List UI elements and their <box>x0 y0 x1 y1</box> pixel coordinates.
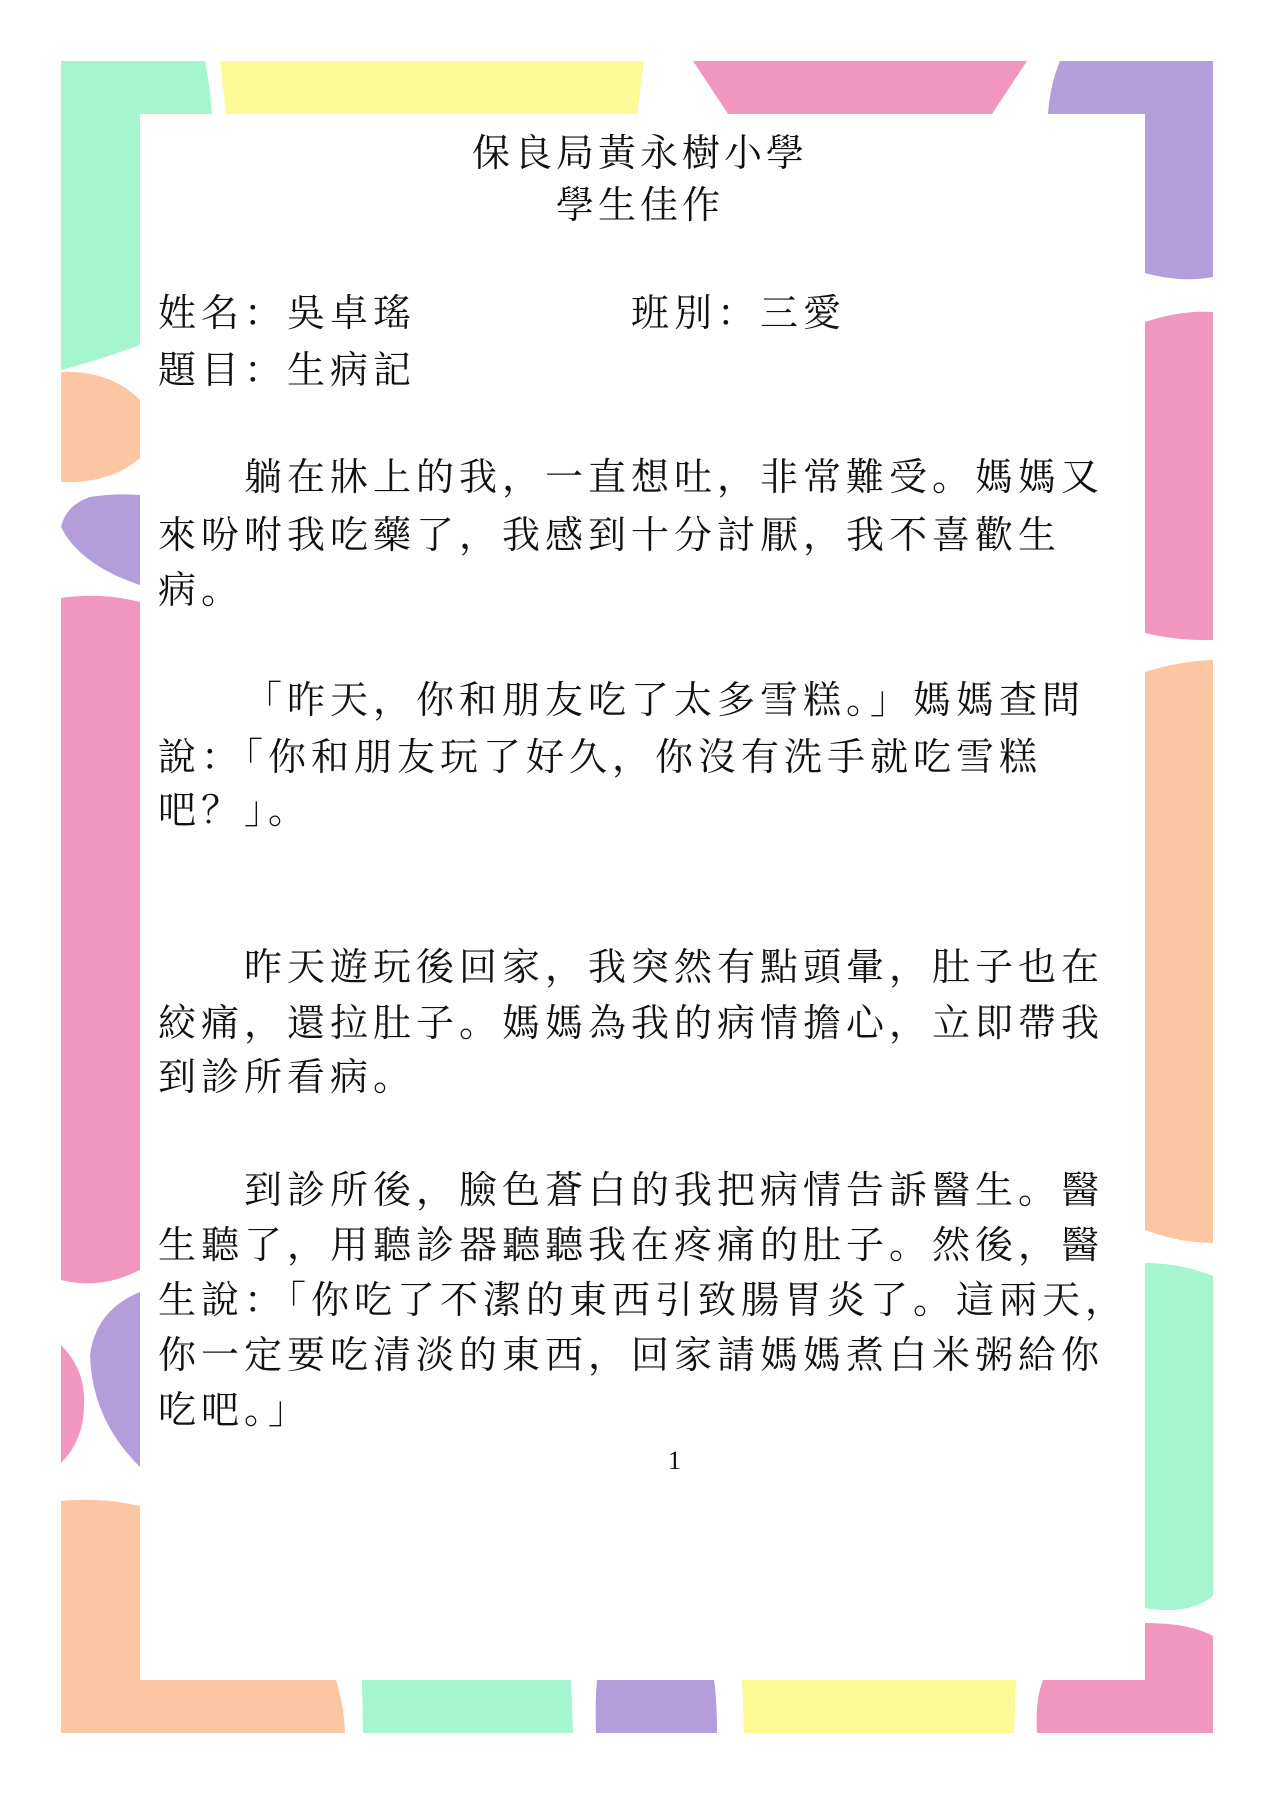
frame-piece-green-bottom <box>362 1680 573 1733</box>
page-subtitle: 學生佳作 <box>0 183 1280 227</box>
paragraph-line: 到診所後，臉色蒼白的我把病情告訴醫生。醫 <box>244 1168 1104 1212</box>
frame-piece-purple-left <box>61 494 140 585</box>
student-class: 班別：三愛 <box>631 291 846 335</box>
paragraph-line: 你一定要吃清淡的東西，回家請媽媽煮白米粥給你 <box>158 1333 1104 1377</box>
paragraph-line: 病。 <box>158 568 244 612</box>
frame-piece-pink-left-small <box>61 1345 84 1463</box>
paragraph-line: 來吩咐我吃藥了，我感到十分討厭，我不喜歡生 <box>158 513 1061 557</box>
frame-piece-yellow-bottom <box>742 1680 1016 1733</box>
frame-piece-purple-left-lower <box>90 1292 140 1467</box>
frame-piece-pink-bottom-right <box>1037 1623 1213 1733</box>
paragraph-line: 「昨天，你和朋友吃了太多雪糕。」媽媽查問 <box>244 678 1085 722</box>
frame-piece-orange-bottom-left <box>61 1500 345 1733</box>
essay-topic: 題目：生病記 <box>158 348 416 392</box>
frame-piece-pink-top <box>693 61 1027 114</box>
frame-piece-pink-left <box>61 596 140 1284</box>
school-name: 保良局黃永樹小學 <box>0 131 1280 175</box>
paragraph-line: 到診所看病。 <box>158 1055 416 1099</box>
paragraph-line: 躺在牀上的我，一直想吐，非常難受。媽媽又 <box>244 455 1104 499</box>
student-name: 姓名：吳卓瑤 <box>158 291 416 335</box>
paragraph-line: 說：「你和朋友玩了好久，你沒有洗手就吃雪糕 <box>158 735 1042 779</box>
paragraph-line: 生說：「你吃了不潔的東西引致腸胃炎了。這兩天， <box>158 1278 1128 1322</box>
frame-piece-orange-left <box>61 372 140 482</box>
paragraph-line: 昨天遊玩後回家，我突然有點頭暈，肚子也在 <box>244 945 1104 989</box>
frame-piece-orange-right <box>1145 660 1213 1243</box>
frame-piece-purple-bottom <box>596 1680 717 1733</box>
paragraph-line: 絞痛，還拉肚子。媽媽為我的病情擔心，立即帶我 <box>158 1001 1104 1045</box>
frame-piece-green-right <box>1145 1263 1213 1610</box>
frame-piece-pink-right <box>1145 312 1213 640</box>
decorative-frame <box>0 0 1280 1810</box>
paragraph-line: 吧？」。 <box>158 788 311 832</box>
page-number: 1 <box>668 1446 681 1476</box>
paragraph-line: 吃吧。」 <box>158 1388 311 1432</box>
frame-piece-yellow-top <box>220 61 644 114</box>
paragraph-line: 生聽了，用聽診器聽聽我在疼痛的肚子。然後，醫 <box>158 1223 1104 1267</box>
